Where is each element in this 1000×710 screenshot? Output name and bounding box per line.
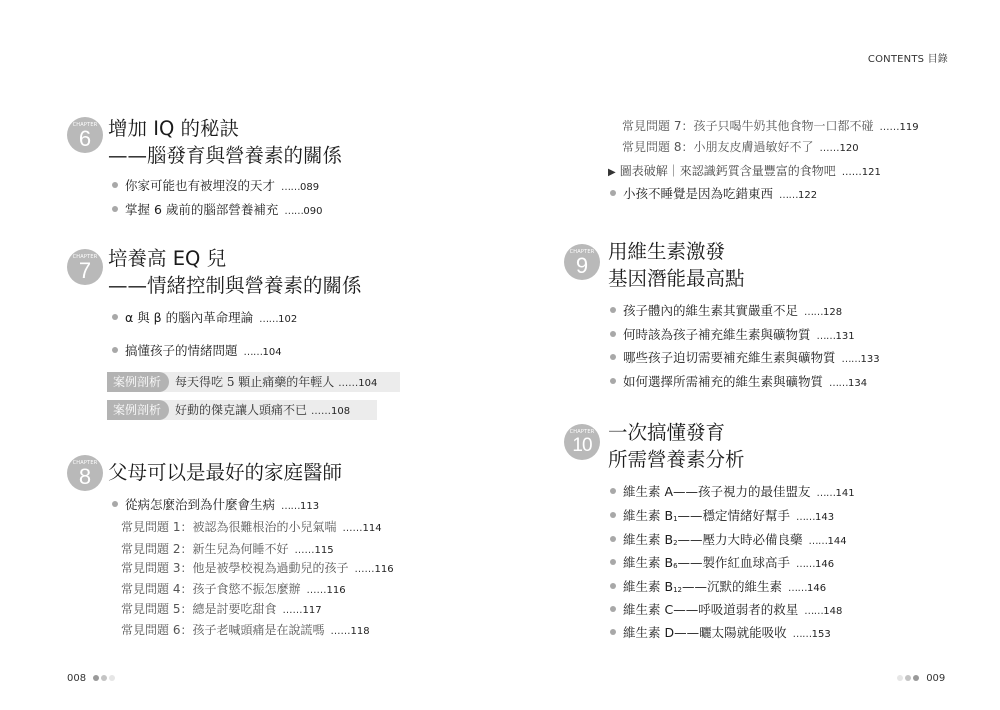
leader-dots: ……	[788, 583, 807, 594]
page-number: 090	[303, 206, 322, 217]
toc-entry[interactable]: 搞懂孩子的情緒問題……104	[112, 342, 282, 362]
page-number: 113	[300, 501, 319, 512]
toc-entry[interactable]: 維生素 D——曬太陽就能吸收……153	[610, 624, 831, 645]
bullet-icon	[610, 583, 616, 589]
title-line: 一次搞懂發育	[608, 419, 745, 446]
leader-dots: ……	[284, 206, 303, 217]
case-study-entry[interactable]: 案例剖析好動的傑克讓人頭痛不已……108	[107, 400, 377, 420]
page-number: 148	[823, 606, 842, 617]
toc-entry[interactable]: 掌握 6 歲前的腦部營養補充……090	[112, 201, 323, 221]
page-number: 153	[812, 629, 831, 640]
page-number: 114	[362, 523, 381, 534]
page-number: 117	[302, 605, 321, 616]
entry-title: 孩子只喝牛奶其他食物一口都不碰	[693, 119, 873, 133]
page-number: 119	[899, 122, 918, 133]
page-number: 108	[331, 406, 358, 417]
chapter-8-title: 父母可以是最好的家庭醫師	[108, 459, 342, 486]
right-page: CONTENTS 目錄 常見問題 7：孩子只喝牛奶其他食物一口都不碰……119 …	[500, 0, 1000, 710]
page-number: 120	[839, 143, 858, 154]
title-line: 基因潛能最高點	[608, 265, 745, 292]
leader-dots: ……	[311, 406, 331, 417]
entry-title: 如何選擇所需補充的維生素與礦物質	[623, 374, 823, 389]
entry-title: 被認為很難根治的小兒氣喘	[192, 520, 336, 534]
faq-label: 常見問題 4：	[121, 582, 192, 596]
entry-title: ——穩定情緒好幫手	[678, 508, 791, 523]
left-page: CHAPTER 6 增加 IQ 的秘訣 ——腦發育與營養素的關係 你家可能也有被…	[0, 0, 500, 710]
chapter-8-badge: CHAPTER 8	[67, 455, 103, 491]
leader-dots: ……	[281, 501, 300, 512]
leader-dots: ……	[879, 122, 899, 133]
entry-title: 孩子食慾不振怎麼辦	[192, 582, 300, 596]
chapter-7-badge: CHAPTER 7	[67, 249, 103, 285]
case-study-entry[interactable]: 案例剖析每天得吃 5 顆止痛藥的年輕人……104	[107, 372, 400, 392]
faq-entry[interactable]: 常見問題 1：被認為很難根治的小兒氣喘……114	[121, 518, 382, 538]
faq-label: 常見問題 2：	[121, 542, 192, 556]
entry-title: 孩子體內的維生素其實嚴重不足	[623, 303, 798, 318]
page-number: 128	[823, 307, 842, 318]
entry-title: 小孩不睡覺是因為吃錯東西	[623, 186, 773, 201]
toc-entry[interactable]: 小孩不睡覺是因為吃錯東西……122	[610, 185, 817, 205]
bullet-icon	[610, 629, 616, 635]
faq-label: 常見問題 6：	[121, 623, 192, 637]
running-head: CONTENTS 目錄	[868, 50, 948, 65]
chapter-number: 6	[67, 126, 103, 152]
entry-title: 孩子老喊頭痛是在說謊嗎	[192, 623, 324, 637]
bullet-icon	[112, 182, 118, 188]
leader-dots: ……	[804, 606, 823, 617]
chapter-number: 10	[564, 433, 600, 459]
title-line: 所需營養素分析	[608, 446, 745, 473]
chapter-7-title: 培養高 EQ 兒 ——情緒控制與營養素的關係	[108, 245, 362, 299]
entry-title: 小朋友皮膚過敏好不了	[693, 140, 813, 154]
bullet-icon	[610, 606, 616, 612]
faq-entry[interactable]: 常見問題 5：總是討要吃甜食……117	[121, 600, 322, 620]
entry-title: 他是被學校視為過動兒的孩子	[192, 561, 348, 575]
toc-entry[interactable]: 維生素 B6——製作紅血球高手……146	[610, 554, 834, 575]
page-number: 116	[374, 564, 393, 575]
leader-dots: ……	[842, 354, 861, 365]
chapter-9-title: 用維生素激發 基因潛能最高點	[608, 238, 745, 292]
title-line: 父母可以是最好的家庭醫師	[108, 459, 342, 486]
toc-entry[interactable]: α 與 β 的腦內革命理論……102	[112, 309, 297, 329]
chart-entry[interactable]: ▶圖表破解｜來認識鈣質含量豐富的食物吧……121	[608, 162, 881, 182]
entry-title: ——製作紅血球高手	[678, 555, 791, 570]
toc-entry[interactable]: 孩子體內的維生素其實嚴重不足……128	[610, 302, 842, 322]
faq-label: 常見問題 5：	[121, 602, 192, 616]
faq-entry[interactable]: 常見問題 7：孩子只喝牛奶其他食物一口都不碰……119	[622, 117, 919, 137]
page-folio-left: 008	[67, 673, 116, 684]
page-number: 118	[350, 626, 369, 637]
page-number: 102	[278, 314, 297, 325]
title-line: ——情緒控制與營養素的關係	[108, 272, 362, 299]
bullet-icon	[610, 354, 616, 360]
page-number: 122	[798, 190, 817, 201]
leader-dots: ……	[306, 585, 326, 596]
leader-dots: ……	[817, 331, 836, 342]
faq-entry[interactable]: 常見問題 8：小朋友皮膚過敏好不了……120	[622, 138, 859, 158]
title-line: 增加 IQ 的秘訣	[108, 115, 342, 142]
entry-title: α 與 β 的腦內革命理論	[125, 310, 253, 325]
entry-title: 圖表破解｜來認識鈣質含量豐富的食物吧	[620, 164, 836, 178]
dot-icon	[101, 675, 107, 681]
page-number: 133	[861, 354, 880, 365]
page-number: 141	[836, 488, 855, 499]
toc-entry[interactable]: 維生素 B2——壓力大時必備良藥……144	[610, 531, 847, 552]
leader-dots: ……	[793, 629, 812, 640]
leader-dots: ……	[796, 512, 815, 523]
vitamin-name: 維生素 B	[623, 579, 673, 594]
bullet-icon	[112, 314, 118, 320]
entry-title: 掌握 6 歲前的腦部營養補充	[125, 202, 278, 217]
title-line: 用維生素激發	[608, 238, 745, 265]
play-arrow-icon: ▶	[608, 167, 616, 178]
entry-title: 總是討要吃甜食	[192, 602, 276, 616]
faq-entry[interactable]: 常見問題 3：他是被學校視為過動兒的孩子……116	[121, 559, 394, 579]
page-number: 131	[836, 331, 855, 342]
chapter-6-badge: CHAPTER 6	[67, 117, 103, 153]
faq-label: 常見問題 3：	[121, 561, 192, 575]
faq-label: 常見問題 1：	[121, 520, 192, 534]
bullet-icon	[610, 307, 616, 313]
chapter-number: 9	[564, 253, 600, 279]
page-folio-right: 009	[896, 673, 945, 684]
entry-title: 新生兒為何睡不好	[192, 542, 288, 556]
toc-entry[interactable]: 維生素 B12——沉默的維生素……146	[610, 578, 826, 599]
toc-entry[interactable]: 哪些孩子迫切需要補充維生素與礦物質……133	[610, 349, 880, 369]
toc-entry[interactable]: 從病怎麼治到為什麼會生病……113	[112, 496, 319, 516]
page-number: 144	[828, 536, 847, 547]
leader-dots: ……	[829, 378, 848, 389]
entry-title: 搞懂孩子的情緒問題	[125, 343, 238, 358]
title-line: ——腦發育與營養素的關係	[108, 142, 342, 169]
entry-title: ——沉默的維生素	[682, 579, 782, 594]
bullet-icon	[112, 501, 118, 507]
entry-title: ——壓力大時必備良藥	[678, 532, 803, 547]
leader-dots: ……	[294, 545, 314, 556]
page-number: 009	[926, 673, 945, 684]
page-number: 146	[815, 559, 834, 570]
bullet-icon	[610, 512, 616, 518]
bullet-icon	[610, 559, 616, 565]
faq-label: 常見問題 7：	[622, 119, 693, 133]
page-number: 121	[862, 167, 881, 178]
leader-dots: ……	[779, 190, 798, 201]
toc-entry[interactable]: 維生素 A——孩子視力的最佳盟友……141	[610, 483, 855, 504]
faq-entry[interactable]: 常見問題 2：新生兒為何睡不好……115	[121, 540, 334, 560]
vitamin-name: 維生素 B	[623, 555, 673, 570]
chapter-10-title: 一次搞懂發育 所需營養素分析	[608, 419, 745, 473]
entry-title: ——孩子視力的最佳盟友	[673, 484, 811, 499]
vitamin-name: 維生素 A	[623, 484, 673, 499]
vitamin-name: 維生素 B	[623, 508, 673, 523]
page-number: 146	[807, 583, 826, 594]
leader-dots: ……	[842, 167, 862, 178]
bullet-icon	[610, 378, 616, 384]
chapter-number: 8	[67, 464, 103, 490]
case-study-tag: 案例剖析	[107, 372, 169, 392]
page-number: 008	[67, 673, 86, 684]
dot-icon	[93, 675, 99, 681]
dot-icon	[905, 675, 911, 681]
vitamin-name: 維生素 B	[623, 532, 673, 547]
entry-title: 哪些孩子迫切需要補充維生素與礦物質	[623, 350, 836, 365]
dot-icon	[913, 675, 919, 681]
chapter-6-title: 增加 IQ 的秘訣 ——腦發育與營養素的關係	[108, 115, 342, 169]
page-number: 104	[263, 347, 282, 358]
toc-entry[interactable]: 你家可能也有被埋沒的天才……089	[112, 177, 319, 197]
chapter-9-badge: CHAPTER 9	[564, 244, 600, 280]
leader-dots: ……	[281, 182, 300, 193]
page-number: 134	[848, 378, 867, 389]
leader-dots: ……	[819, 143, 839, 154]
faq-entry[interactable]: 常見問題 4：孩子食慾不振怎麼辦……116	[121, 580, 346, 600]
entry-title: ——曬太陽就能吸收	[674, 625, 787, 640]
vitamin-subscript: 12	[673, 586, 682, 594]
bullet-icon	[112, 347, 118, 353]
vitamin-name: 維生素 C	[623, 602, 673, 617]
toc-entry[interactable]: 維生素 B1——穩定情緒好幫手……143	[610, 507, 834, 528]
case-study-tag: 案例剖析	[107, 400, 169, 420]
entry-title: 你家可能也有被埋沒的天才	[125, 178, 275, 193]
leader-dots: ……	[342, 523, 362, 534]
leader-dots: ……	[817, 488, 836, 499]
leader-dots: ……	[354, 564, 374, 575]
page-number: 089	[300, 182, 319, 193]
bullet-icon	[112, 206, 118, 212]
entry-title: ——呼吸道弱者的救星	[673, 602, 798, 617]
toc-entry[interactable]: 如何選擇所需補充的維生素與礦物質……134	[610, 373, 867, 393]
bullet-icon	[610, 536, 616, 542]
leader-dots: ……	[330, 626, 350, 637]
bullet-icon	[610, 190, 616, 196]
bullet-icon	[610, 488, 616, 494]
leader-dots: ……	[796, 559, 815, 570]
entry-title: 好動的傑克讓人頭痛不已	[175, 403, 307, 417]
leader-dots: ……	[244, 347, 263, 358]
title-line: 培養高 EQ 兒	[108, 245, 362, 272]
page-number: 104	[358, 378, 385, 389]
dot-icon	[897, 675, 903, 681]
leader-dots: ……	[259, 314, 278, 325]
vitamin-name: 維生素 D	[623, 625, 674, 640]
entry-title: 何時該為孩子補充維生素與礦物質	[623, 327, 811, 342]
leader-dots: ……	[804, 307, 823, 318]
leader-dots: ……	[809, 536, 828, 547]
chapter-10-badge: CHAPTER 10	[564, 424, 600, 460]
leader-dots: ……	[338, 378, 358, 389]
dot-icon	[109, 675, 115, 681]
page-number: 116	[326, 585, 345, 596]
entry-title: 從病怎麼治到為什麼會生病	[125, 497, 275, 512]
faq-entry[interactable]: 常見問題 6：孩子老喊頭痛是在說謊嗎……118	[121, 621, 370, 641]
page-number: 115	[314, 545, 333, 556]
toc-entry[interactable]: 維生素 C——呼吸道弱者的救星……148	[610, 601, 842, 622]
toc-entry[interactable]: 何時該為孩子補充維生素與礦物質……131	[610, 326, 855, 346]
chapter-number: 7	[67, 258, 103, 284]
faq-label: 常見問題 8：	[622, 140, 693, 154]
page-number: 143	[815, 512, 834, 523]
bullet-icon	[610, 331, 616, 337]
entry-title: 每天得吃 5 顆止痛藥的年輕人	[175, 375, 334, 389]
leader-dots: ……	[282, 605, 302, 616]
